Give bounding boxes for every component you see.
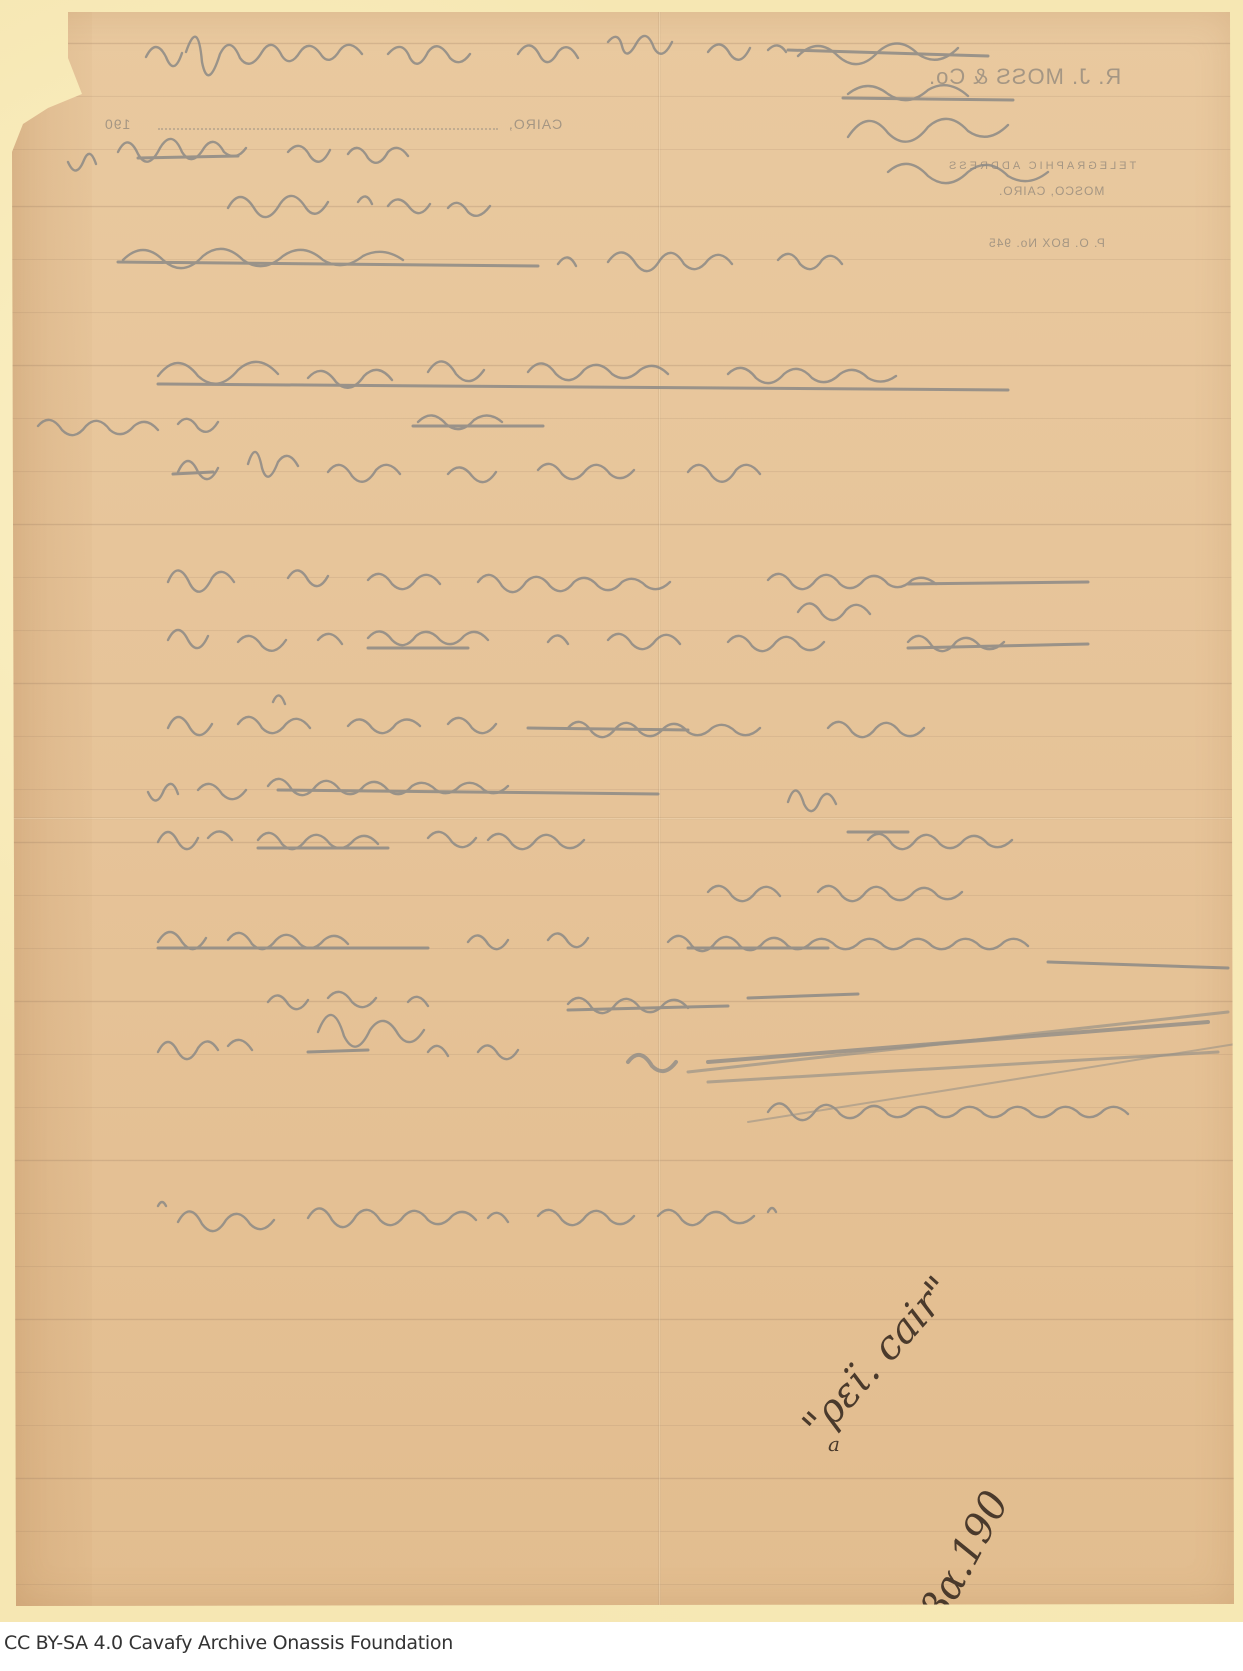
license-caption: CC BY-SA 4.0 Cavafy Archive Onassis Foun… xyxy=(4,1632,453,1654)
pencil-handwriting xyxy=(8,12,1234,1606)
scan-backdrop: R. J. MOSS & Co. TELEGRAPHIC ADDRESS MOS… xyxy=(0,0,1243,1622)
caption-bar: CC BY-SA 4.0 Cavafy Archive Onassis Foun… xyxy=(0,1622,1243,1671)
manuscript-page: R. J. MOSS & Co. TELEGRAPHIC ADDRESS MOS… xyxy=(8,12,1234,1606)
